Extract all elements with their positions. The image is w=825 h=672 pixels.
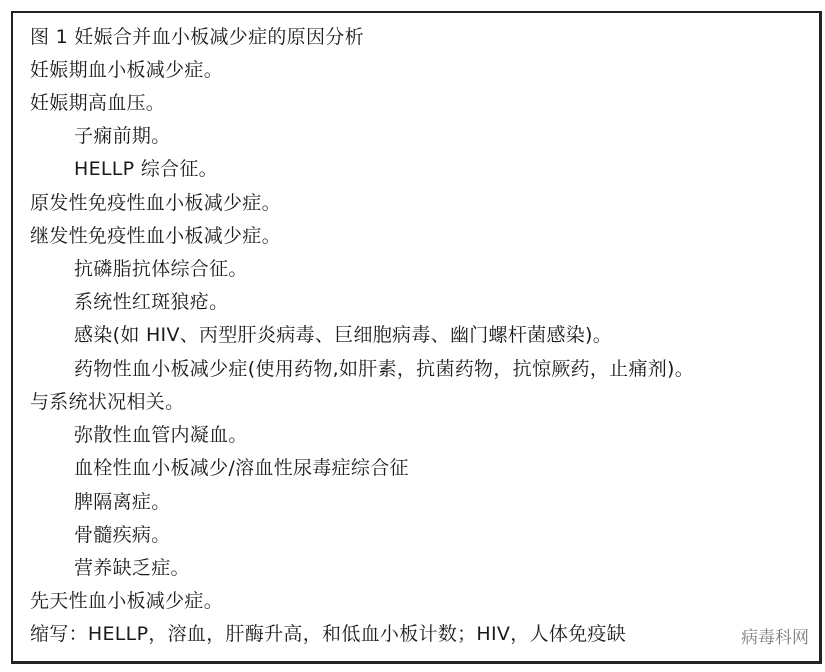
list-item: 妊娠期高血压。	[30, 91, 165, 115]
figure-title: 图 1 妊娠合并血小板减少症的原因分析	[30, 25, 364, 49]
list-item: 与系统状况相关。	[30, 390, 184, 414]
list-item: 骨髓疾病。	[74, 523, 171, 547]
list-item: 子痫前期。	[74, 124, 171, 148]
list-item: 营养缺乏症。	[74, 556, 190, 580]
list-item: 脾隔离症。	[74, 490, 171, 514]
list-item: 先天性血小板减少症。	[30, 589, 223, 613]
list-item: 药物性血小板减少症(使用药物,如肝素，抗菌药物，抗惊厥药，止痛剂)。	[74, 357, 694, 381]
list-item: 弥散性血管内凝血。	[74, 423, 248, 447]
list-item: 继发性免疫性血小板减少症。	[30, 224, 281, 248]
list-item: 血栓性血小板减少/溶血性尿毒症综合征	[74, 456, 409, 480]
footnote: 缩写：HELLP，溶血，肝酶升高，和低血小板计数；HIV，人体免疫缺	[30, 622, 626, 646]
list-item: 感染(如 HIV、丙型肝炎病毒、巨细胞病毒、幽门螺杆菌感染)。	[74, 323, 612, 347]
list-item: HELLP 综合征。	[74, 157, 218, 181]
list-item: 原发性免疫性血小板减少症。	[30, 191, 281, 215]
list-item: 妊娠期血小板减少症。	[30, 58, 223, 82]
list-item: 系统性红斑狼疮。	[74, 290, 228, 314]
watermark: 病毒科网	[741, 623, 809, 648]
figure-box: 图 1 妊娠合并血小板减少症的原因分析 妊娠期血小板减少症。 妊娠期高血压。 子…	[11, 11, 822, 664]
list-item: 抗磷脂抗体综合征。	[74, 257, 248, 281]
